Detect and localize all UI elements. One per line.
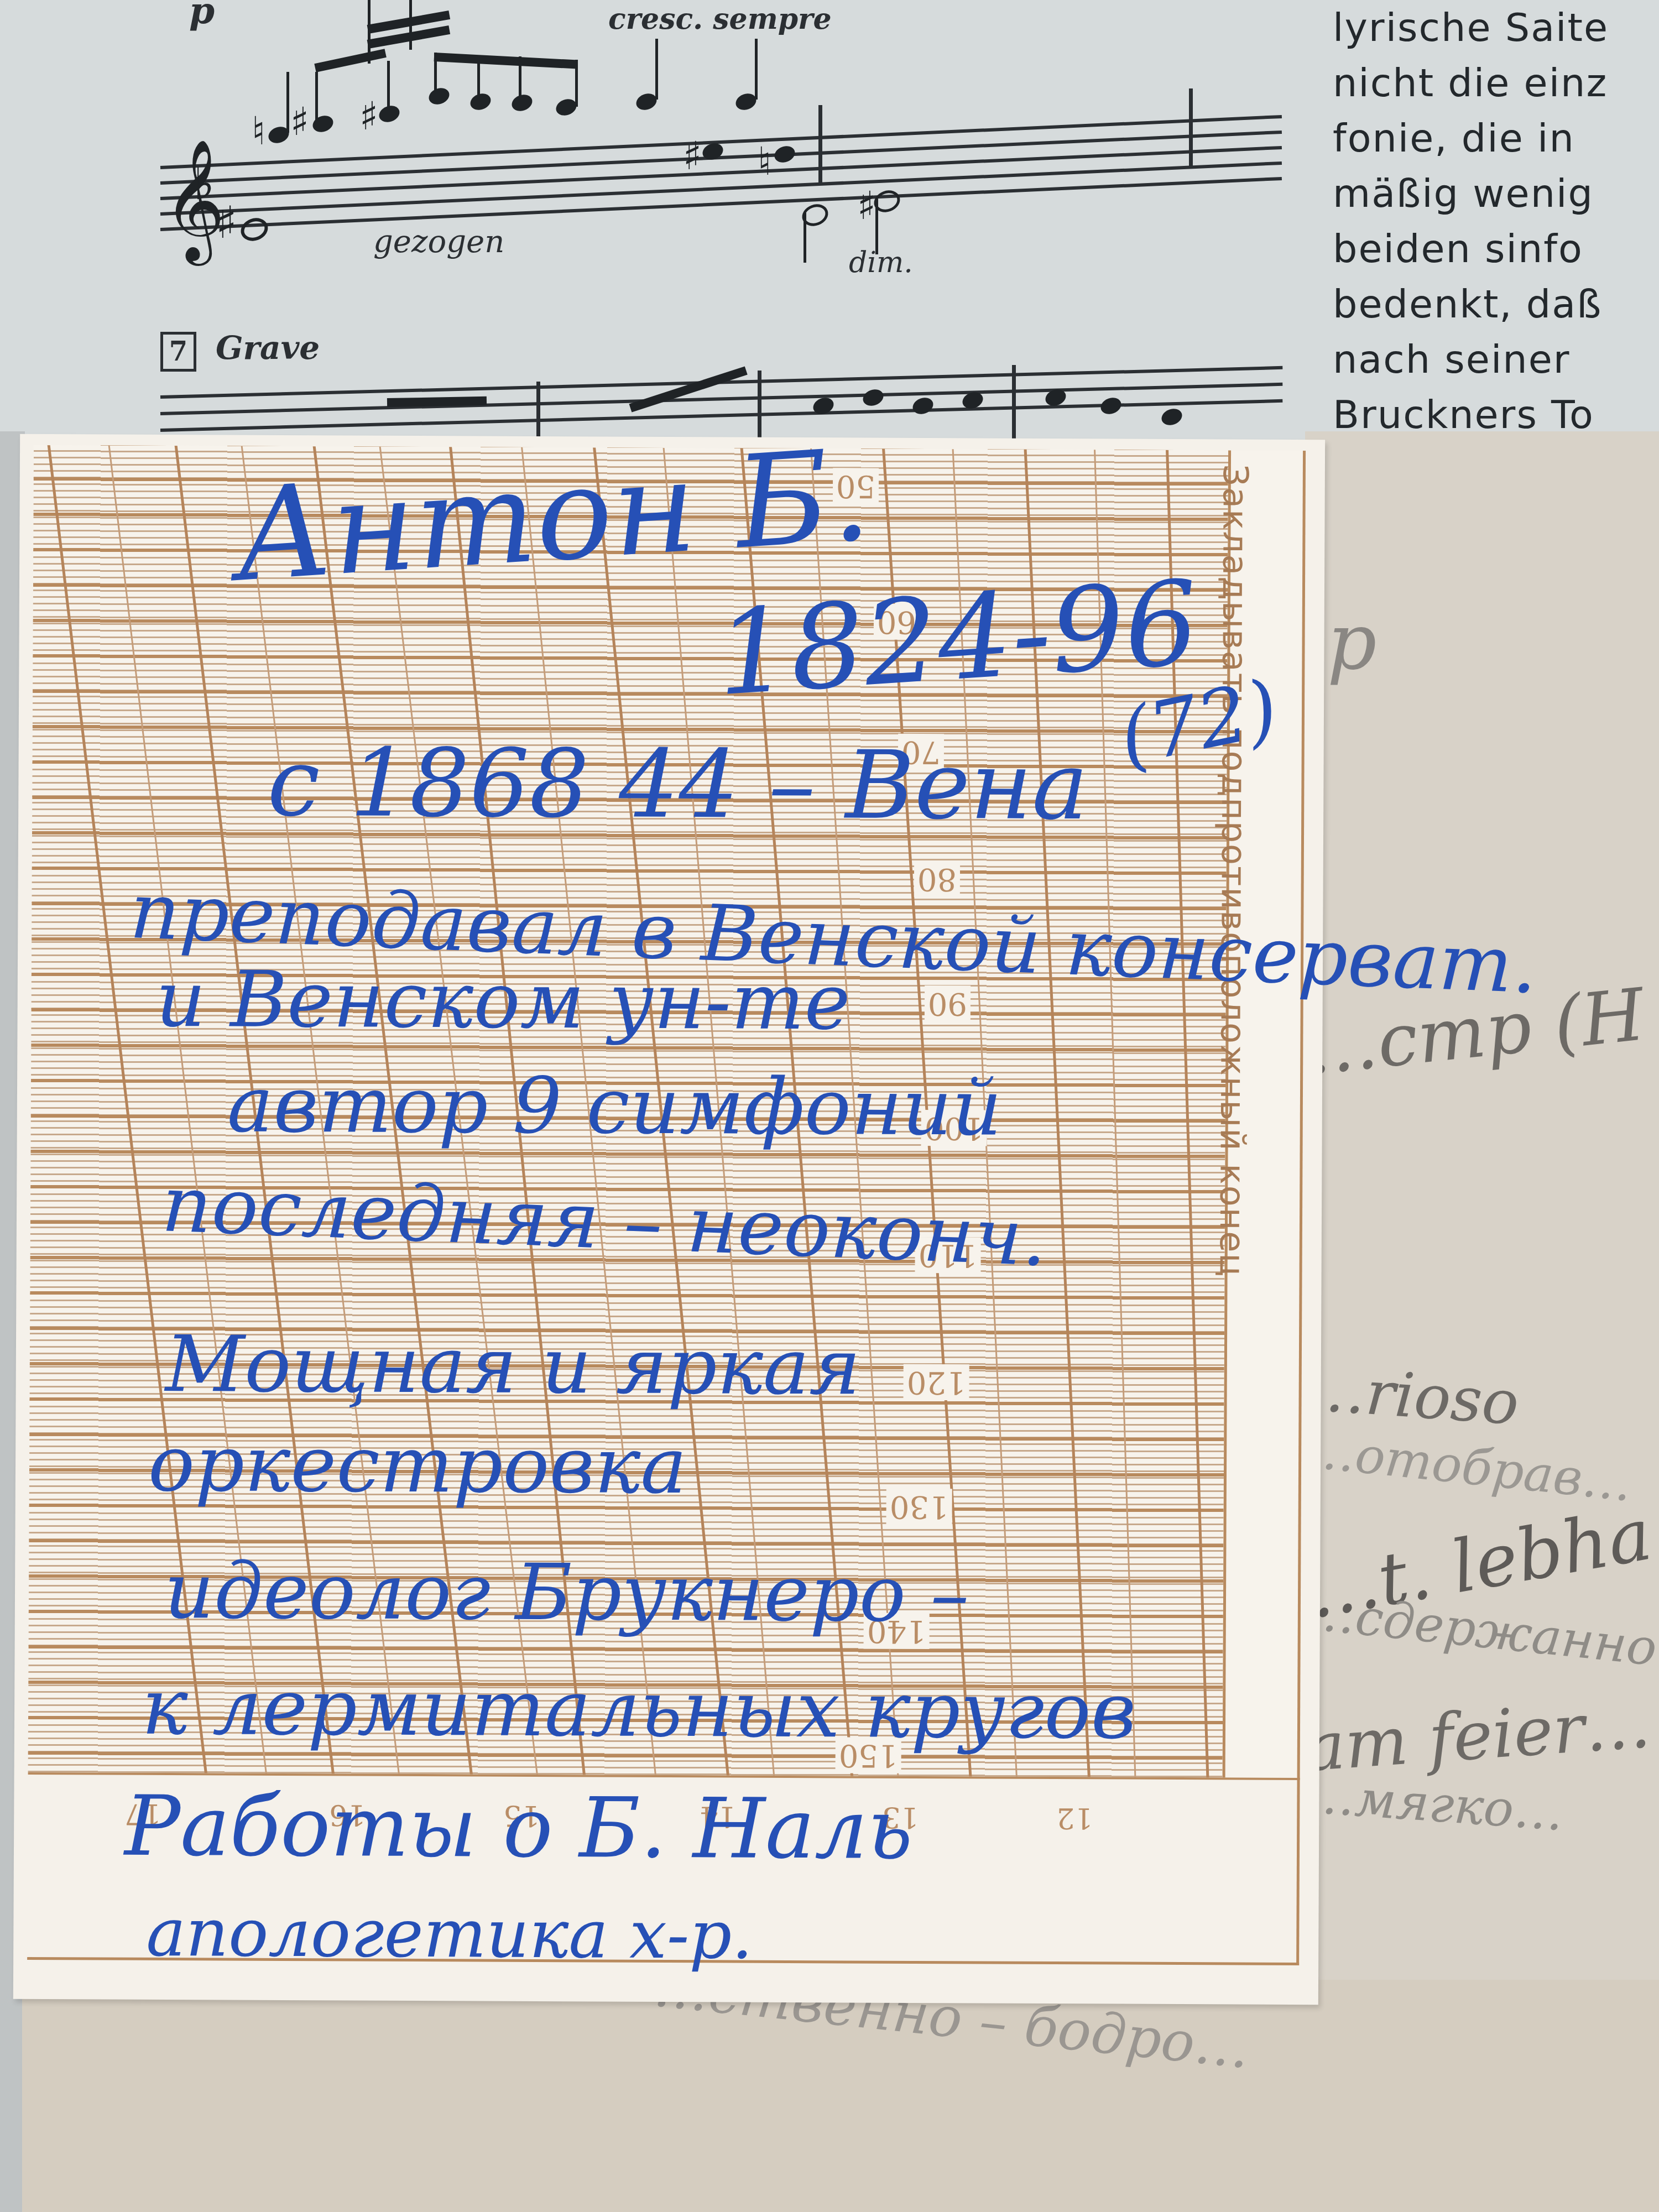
note-stem <box>434 53 437 97</box>
text-line: nicht die einz <box>1333 55 1659 111</box>
note-head <box>1098 395 1123 416</box>
note-stem <box>755 39 758 100</box>
handwritten-line: автор 9 симфоний <box>227 1060 1002 1154</box>
barline <box>818 105 822 185</box>
scale-label: 130 <box>886 1489 952 1525</box>
note-head <box>509 92 534 113</box>
cresc-marking: cresc. sempre <box>608 2 832 36</box>
handwritten-line: Мощная и яркая <box>165 1319 860 1412</box>
text-line: mäßig wenig <box>1333 166 1659 221</box>
bookmark-card: 50 60 70 80 90 100 110 120 130 140 150 З… <box>13 434 1325 2005</box>
accidental-natural: ♮ <box>252 108 265 154</box>
key-signature-flat: ♭ <box>194 158 215 210</box>
dynamic-mark: p <box>189 0 215 32</box>
score-beam <box>629 366 748 412</box>
scale-label: 90 <box>925 985 971 1021</box>
staff-line <box>160 177 1282 231</box>
accidental-sharp: ♯ <box>290 98 309 144</box>
text-line: nach seiner <box>1333 332 1659 387</box>
accidental-sharp: ♯ <box>359 93 378 139</box>
note-stem <box>315 72 318 124</box>
note-stem <box>387 61 390 113</box>
handwritten-line: оркестровка <box>148 1419 687 1511</box>
staff-line <box>160 131 1282 185</box>
score-beam <box>314 49 386 72</box>
barline <box>1012 365 1016 442</box>
note-stem <box>286 72 289 133</box>
handwritten-line: Работы о Б. Наль <box>124 1778 913 1878</box>
side-instruction-text: Закладывать подпротивоположный конец <box>1201 464 1256 1769</box>
accidental-sharp: ♯ <box>683 133 702 179</box>
note-head <box>310 113 335 134</box>
german-body-text: lyrische Saite nicht die einz fonie, die… <box>1333 0 1659 442</box>
accidental-sharp: ♯ <box>216 196 237 248</box>
note-head <box>1159 406 1184 427</box>
note-stem <box>655 39 658 100</box>
bottom-scale-number: 12 <box>1056 1801 1093 1834</box>
note-stem <box>575 60 578 107</box>
handwritten-line: идеолог Брукнеро – <box>164 1546 969 1640</box>
whole-note <box>238 215 272 245</box>
dim-marking: dim. <box>849 246 913 279</box>
note-head <box>910 395 935 416</box>
music-score: p cresc. sempre 𝄞 ♭ ♯ ♮ ♯ ♯ gezogen <box>149 0 1283 442</box>
note-head <box>772 143 797 165</box>
pencil-fragment: …мягко… <box>1303 1766 1566 1842</box>
gezogen-marking: gezogen <box>373 224 504 260</box>
score-beam <box>387 397 487 407</box>
note-stem <box>519 56 521 102</box>
score-beam <box>434 53 578 69</box>
handwritten-vienna: с 1868 44 – Вена <box>267 728 1088 841</box>
rehearsal-number: 7 <box>160 332 196 372</box>
accidental-sharp: ♯ <box>857 182 876 228</box>
printed-book-page: p cresc. sempre 𝄞 ♭ ♯ ♮ ♯ ♯ gezogen <box>0 0 1659 476</box>
accidental-natural: ♮ <box>758 138 771 184</box>
handwritten-line: к лермитальных кругов <box>142 1662 1136 1757</box>
handwritten-line: и Венском ун-те <box>155 954 851 1047</box>
staff-line <box>160 161 1282 216</box>
barline <box>536 382 540 442</box>
text-line: bedenkt, daß <box>1333 276 1659 332</box>
barline <box>1189 88 1193 166</box>
tempo-marking: Grave <box>216 329 320 367</box>
note-head <box>860 387 885 408</box>
note-stem <box>409 0 412 50</box>
scale-label: 120 <box>904 1364 969 1401</box>
handwritten-line: апологетика х-р. <box>146 1895 753 1974</box>
text-line: fonie, die in <box>1333 111 1659 166</box>
text-line: lyrische Saite <box>1333 0 1659 55</box>
note-head <box>426 85 451 107</box>
text-line: beiden sinfo <box>1333 221 1659 276</box>
note-head <box>468 91 493 112</box>
note-stem <box>804 213 806 263</box>
scale-label: 80 <box>914 861 961 897</box>
pencil-fragment: p <box>1327 597 1377 687</box>
pencil-manuscript-page: p …стр (Н …rioso …отобрав… …t. lebha… …с… <box>1305 431 1659 2212</box>
manuscript-bottom-area: …ственно – бодро… <box>22 1980 1659 2212</box>
note-stem <box>477 55 480 100</box>
